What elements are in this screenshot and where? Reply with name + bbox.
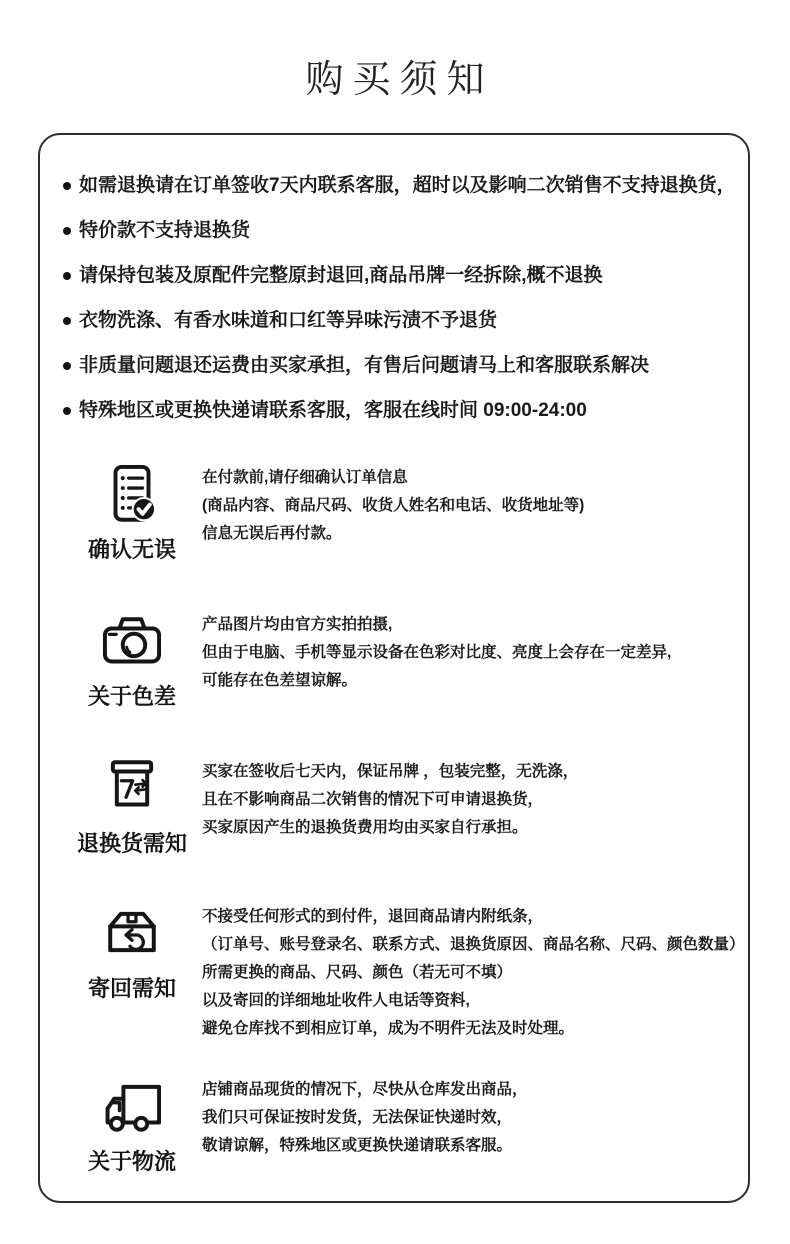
- section-icon-column: 关于物流: [62, 1073, 202, 1176]
- notice-bullet: 非质量问题退还运费由买家承担，有售后问题请马上和客服联系解决: [62, 343, 730, 388]
- section-text-line: (商品内容、商品尺码、收货人姓名和电话、收货地址等): [202, 492, 730, 520]
- section-text: 买家在签收后七天内，保证吊牌 ，包装完整，无洗涤， 且在不影响商品二次销售的情况…: [202, 755, 730, 842]
- section-label: 退换货需知: [77, 827, 187, 858]
- section-logistics: 关于物流 店铺商品现货的情况下，尽快从仓库发出商品， 我们只可保证按时发货，无法…: [62, 1073, 730, 1176]
- section-text-line: 敬请谅解，特殊地区或更换快递请联系客服。: [202, 1132, 730, 1160]
- section-return-exchange: 退换货需知 买家在签收后七天内，保证吊牌 ，包装完整，无洗涤， 且在不影响商品二…: [62, 755, 730, 858]
- bullet-dot-icon: [63, 407, 71, 415]
- checklist-check-icon: [99, 461, 165, 527]
- section-text: 产品图片均由官方实拍拍摄, 但由于电脑、手机等显示设备在色彩对比度、亮度上会存在…: [202, 608, 730, 695]
- section-text: 在付款前,请仔细确认订单信息 (商品内容、商品尺码、收货人姓名和电话、收货地址等…: [202, 461, 730, 548]
- section-label: 寄回需知: [88, 972, 176, 1003]
- notice-box: 如需退换请在订单签收7天内联系客服，超时以及影响二次销售不支持退换货， 特价款不…: [38, 133, 750, 1203]
- section-label: 关于色差: [88, 680, 176, 711]
- section-icon-column: 确认无误: [62, 461, 202, 564]
- seven-day-exchange-icon: [99, 755, 165, 821]
- section-text-line: 且在不影响商品二次销售的情况下可申请退换货，: [202, 786, 730, 814]
- notice-bullet: 特殊地区或更换快递请联系客服，客服在线时间 09:00-24:00: [62, 388, 730, 433]
- section-text-line: 不接受任何形式的到付件，退回商品请内附纸条，: [202, 903, 745, 931]
- bullet-text: 如需退换请在订单签收7天内联系客服，超时以及影响二次销售不支持退换货，: [79, 175, 736, 196]
- bullet-dot-icon: [63, 362, 71, 370]
- bullet-text: 特殊地区或更换快递请联系客服，客服在线时间 09:00-24:00: [79, 400, 587, 421]
- section-text-line: 所需更换的商品、尺码、颜色（若无可不填）: [202, 959, 745, 987]
- section-text-line: （订单号、账号登录名、联系方式、退换货原因、商品名称、尺码、颜色数量）: [202, 931, 745, 959]
- section-text-line: 可能存在色差望谅解。: [202, 667, 730, 695]
- section-confirm-order: 确认无误 在付款前,请仔细确认订单信息 (商品内容、商品尺码、收货人姓名和电话、…: [62, 461, 730, 564]
- section-text-line: 但由于电脑、手机等显示设备在色彩对比度、亮度上会存在一定差异,: [202, 639, 730, 667]
- section-icon-column: 关于色差: [62, 608, 202, 711]
- bullet-text: 请保持包装及原配件完整原封退回,商品吊牌一经拆除,概不退换: [79, 265, 603, 286]
- section-text-line: 避免仓库找不到相应订单，成为不明件无法及时处理。: [202, 1015, 745, 1043]
- notice-bullet: 特价款不支持退换货: [62, 208, 730, 253]
- bullet-text: 非质量问题退还运费由买家承担，有售后问题请马上和客服联系解决: [79, 355, 649, 376]
- bullet-dot-icon: [63, 317, 71, 325]
- section-text-line: 买家原因产生的退换货费用均由买家自行承担。: [202, 814, 730, 842]
- section-icon-column: 退换货需知: [62, 755, 202, 858]
- section-text-line: 以及寄回的详细地址收件人电话等资料,: [202, 987, 745, 1015]
- section-text-line: 买家在签收后七天内，保证吊牌 ，包装完整，无洗涤，: [202, 758, 730, 786]
- section-send-back: 寄回需知 不接受任何形式的到付件，退回商品请内附纸条， （订单号、账号登录名、联…: [62, 900, 730, 1043]
- bullet-dot-icon: [63, 272, 71, 280]
- section-text-line: 信息无误后再付款。: [202, 520, 730, 548]
- section-text: 店铺商品现货的情况下，尽快从仓库发出商品， 我们只可保证按时发货，无法保证快递时…: [202, 1073, 730, 1160]
- section-text: 不接受任何形式的到付件，退回商品请内附纸条， （订单号、账号登录名、联系方式、退…: [202, 900, 745, 1043]
- camera-icon: [99, 608, 165, 674]
- notice-bullet: 衣物洗涤、有香水味道和口红等异味污渍不予退货: [62, 298, 730, 343]
- notice-bullet: 如需退换请在订单签收7天内联系客服，超时以及影响二次销售不支持退换货，: [62, 163, 730, 208]
- section-label: 关于物流: [88, 1145, 176, 1176]
- bullet-dot-icon: [63, 227, 71, 235]
- section-label: 确认无误: [88, 533, 176, 564]
- section-text-line: 我们只可保证按时发货，无法保证快递时效，: [202, 1104, 730, 1132]
- delivery-truck-icon: [99, 1073, 165, 1139]
- section-color-difference: 关于色差 产品图片均由官方实拍拍摄, 但由于电脑、手机等显示设备在色彩对比度、亮…: [62, 608, 730, 711]
- section-text-line: 产品图片均由官方实拍拍摄,: [202, 611, 730, 639]
- section-text-line: 在付款前,请仔细确认订单信息: [202, 464, 730, 492]
- notice-bullet-list: 如需退换请在订单签收7天内联系客服，超时以及影响二次销售不支持退换货， 特价款不…: [62, 163, 730, 433]
- package-return-icon: [99, 900, 165, 966]
- section-text-line: 店铺商品现货的情况下，尽快从仓库发出商品，: [202, 1076, 730, 1104]
- bullet-text: 特价款不支持退换货: [79, 220, 250, 241]
- section-icon-column: 寄回需知: [62, 900, 202, 1003]
- bullet-dot-icon: [63, 182, 71, 190]
- notice-bullet: 请保持包装及原配件完整原封退回,商品吊牌一经拆除,概不退换: [62, 253, 730, 298]
- page-title: 购买须知: [0, 0, 790, 103]
- bullet-text: 衣物洗涤、有香水味道和口红等异味污渍不予退货: [79, 310, 497, 331]
